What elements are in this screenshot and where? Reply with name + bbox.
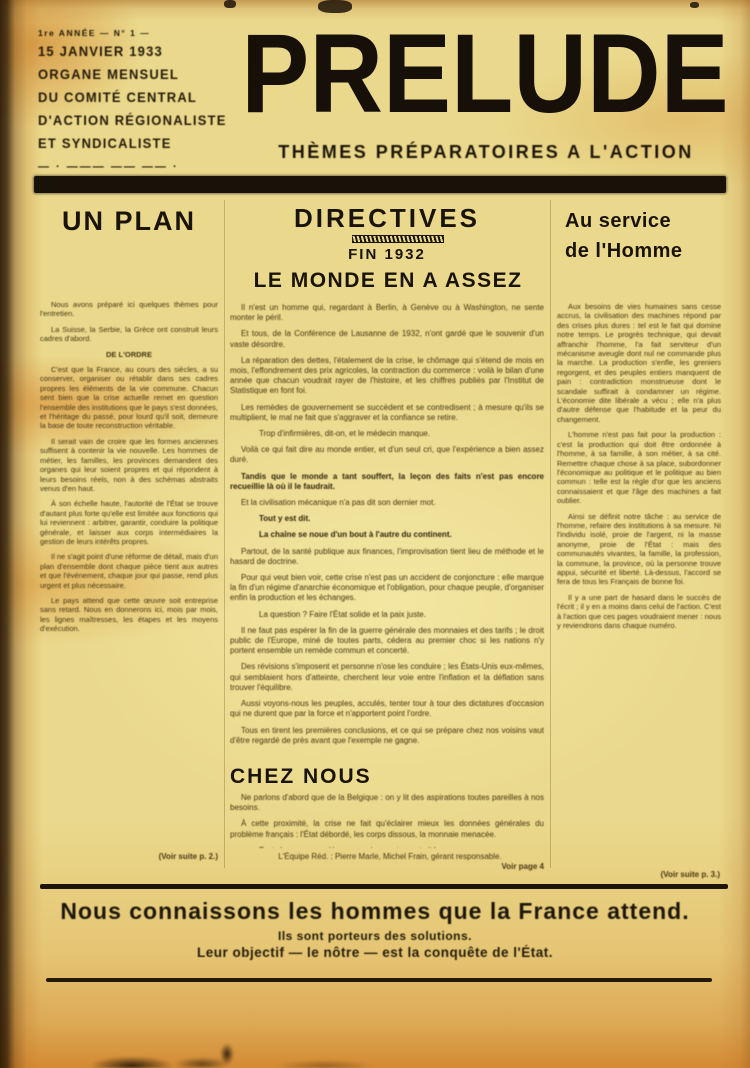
- banner-bottom-rule: [46, 978, 712, 982]
- continuation-note-middle: Voir page 4: [460, 862, 544, 871]
- newspaper-subtitle: THÈMES PRÉPARATOIRES A L'ACTION: [250, 142, 722, 163]
- cutoff-headline-smudge: [92, 1044, 282, 1068]
- paragraph: Nous avons préparé ici quelques thèmes p…: [40, 300, 218, 319]
- paragraph: Voilà ce qui fait dire au monde entier, …: [230, 445, 544, 465]
- heading-line: de l'Homme: [565, 236, 731, 266]
- newspaper-front-page: 1re ANNÉE — N° 1 — 15 JANVIER 1933 ORGAN…: [0, 0, 750, 1068]
- banner-slogan-line1: Nous connaissons les hommes que la Franc…: [40, 898, 710, 925]
- masthead-org-line: D'ACTION RÉGIONALISTE: [38, 113, 228, 129]
- heading-line: Au service: [565, 206, 731, 236]
- paragraph: Aussi voyons-nous les peuples, acculés, …: [230, 699, 544, 719]
- paragraph: Tous en tirent les premières conclusions…: [230, 726, 544, 746]
- right-column-body: Aux besoins de vies humaines sans cesse …: [557, 302, 721, 867]
- paragraph: Il n'est un homme qui, regardant à Berli…: [230, 303, 544, 323]
- paragraph: Tout s'y verra rappelé par son niveau et…: [230, 846, 544, 848]
- paragraph: Trop d'infirmières, dit-on, et le médeci…: [230, 429, 544, 439]
- column-divider: [550, 200, 551, 868]
- paragraph: La réparation des dettes, l'étalement de…: [230, 356, 544, 397]
- paragraph: À son échelle haute, l'autorité de l'Éta…: [40, 499, 218, 546]
- masthead-date-line: 15 JANVIER 1933: [38, 44, 228, 60]
- paragraph: Et la civilisation mécanique n'a pas dit…: [230, 498, 544, 508]
- masthead-org-line: ET SYNDICALISTE: [38, 136, 228, 152]
- paragraph: Il y a une part de hasard dans le succès…: [557, 593, 721, 631]
- header-black-bar: [34, 176, 726, 193]
- paragraph: Le pays attend que cette œuvre soit entr…: [40, 596, 218, 634]
- chez-nous-body: Ne parlons d'abord que de la Belgique : …: [230, 793, 544, 848]
- paragraph: Tandis que le monde a tant souffert, la …: [230, 472, 544, 492]
- ink-speck: [690, 2, 699, 8]
- article-heading-un-plan: UN PLAN: [40, 206, 218, 237]
- newspaper-title: PRELUDE: [235, 18, 735, 130]
- masthead-rule-line: — · ——— —— —— ·: [38, 161, 228, 173]
- ink-speck: [224, 0, 236, 8]
- paragraph: Les remèdes de gouvernement se succèdent…: [230, 403, 544, 423]
- paragraph: L'homme n'est pas fait pour la productio…: [557, 430, 721, 505]
- paragraph: Pour qui veut bien voir, cette crise n'e…: [230, 573, 544, 604]
- cutoff-headline-smudge: [275, 1056, 395, 1068]
- column-divider: [224, 200, 225, 868]
- paragraph: La Suisse, la Serbie, la Grèce ont const…: [40, 325, 218, 344]
- left-column-body: Nous avons préparé ici quelques thèmes p…: [40, 300, 218, 866]
- middle-column-body: Il n'est un homme qui, regardant à Berli…: [230, 303, 544, 748]
- paragraph: Il serait vain de croire que les formes …: [40, 437, 218, 493]
- paragraph: Ne parlons d'abord que de la Belgique : …: [230, 793, 544, 813]
- banner-slogan-line2: Ils sont porteurs des solutions.: [40, 929, 710, 943]
- masthead-issue-line: 1re ANNÉE — N° 1 —: [38, 28, 228, 38]
- masthead-org-line: ORGANE MENSUEL: [38, 67, 228, 83]
- paragraph: Ainsi se définit notre tâche : au servic…: [557, 512, 721, 587]
- paragraph: Partout, de la santé publique aux financ…: [230, 547, 544, 567]
- paragraph: La question ? Faire l'État solide et la …: [230, 610, 544, 620]
- article-subheading-fin-1932: FIN 1932: [232, 246, 542, 263]
- paragraph: Des révisions s'imposent et personne n'o…: [230, 662, 544, 693]
- paragraph: À cette proximité, la crise ne fait qu'é…: [230, 819, 544, 839]
- hatched-underline-rule: [352, 235, 444, 243]
- banner-top-rule: [40, 884, 728, 889]
- paragraph: DE L'ORDRE: [40, 350, 218, 359]
- paragraph: C'est que la France, au cours des siècle…: [40, 365, 218, 431]
- article-heading-directives: DIRECTIVES: [232, 203, 542, 234]
- byline: L'Équipe Réd. : Pierre Marle, Michel Fra…: [250, 852, 530, 861]
- paragraph: Il ne s'agit point d'une réforme de déta…: [40, 552, 218, 590]
- banner-slogan-line3: Leur objectif — le nôtre — est la conquê…: [40, 945, 710, 960]
- article-heading-au-service: Au service de l'Homme: [557, 206, 731, 266]
- paragraph: Tout y est dit.: [230, 514, 544, 524]
- paragraph: La chaîne se noue d'un bout à l'autre du…: [230, 530, 544, 540]
- section-heading-chez-nous: CHEZ NOUS: [230, 765, 544, 789]
- paragraph: Il ne faut pas espérer la fin de la guer…: [230, 626, 544, 657]
- article-headline-le-monde: LE MONDE EN A ASSEZ: [218, 269, 558, 293]
- paragraph: Aux besoins de vies humaines sans cesse …: [557, 302, 721, 424]
- continuation-note-left: (Voir suite p. 2.): [120, 852, 218, 861]
- continuation-note-right: (Voir suite p. 3.): [620, 870, 720, 879]
- paragraph: Et tous, de la Conférence de Lausanne de…: [230, 329, 544, 349]
- masthead-block: 1re ANNÉE — N° 1 — 15 JANVIER 1933 ORGAN…: [38, 28, 228, 173]
- masthead-org-line: DU COMITÉ CENTRAL: [38, 90, 228, 106]
